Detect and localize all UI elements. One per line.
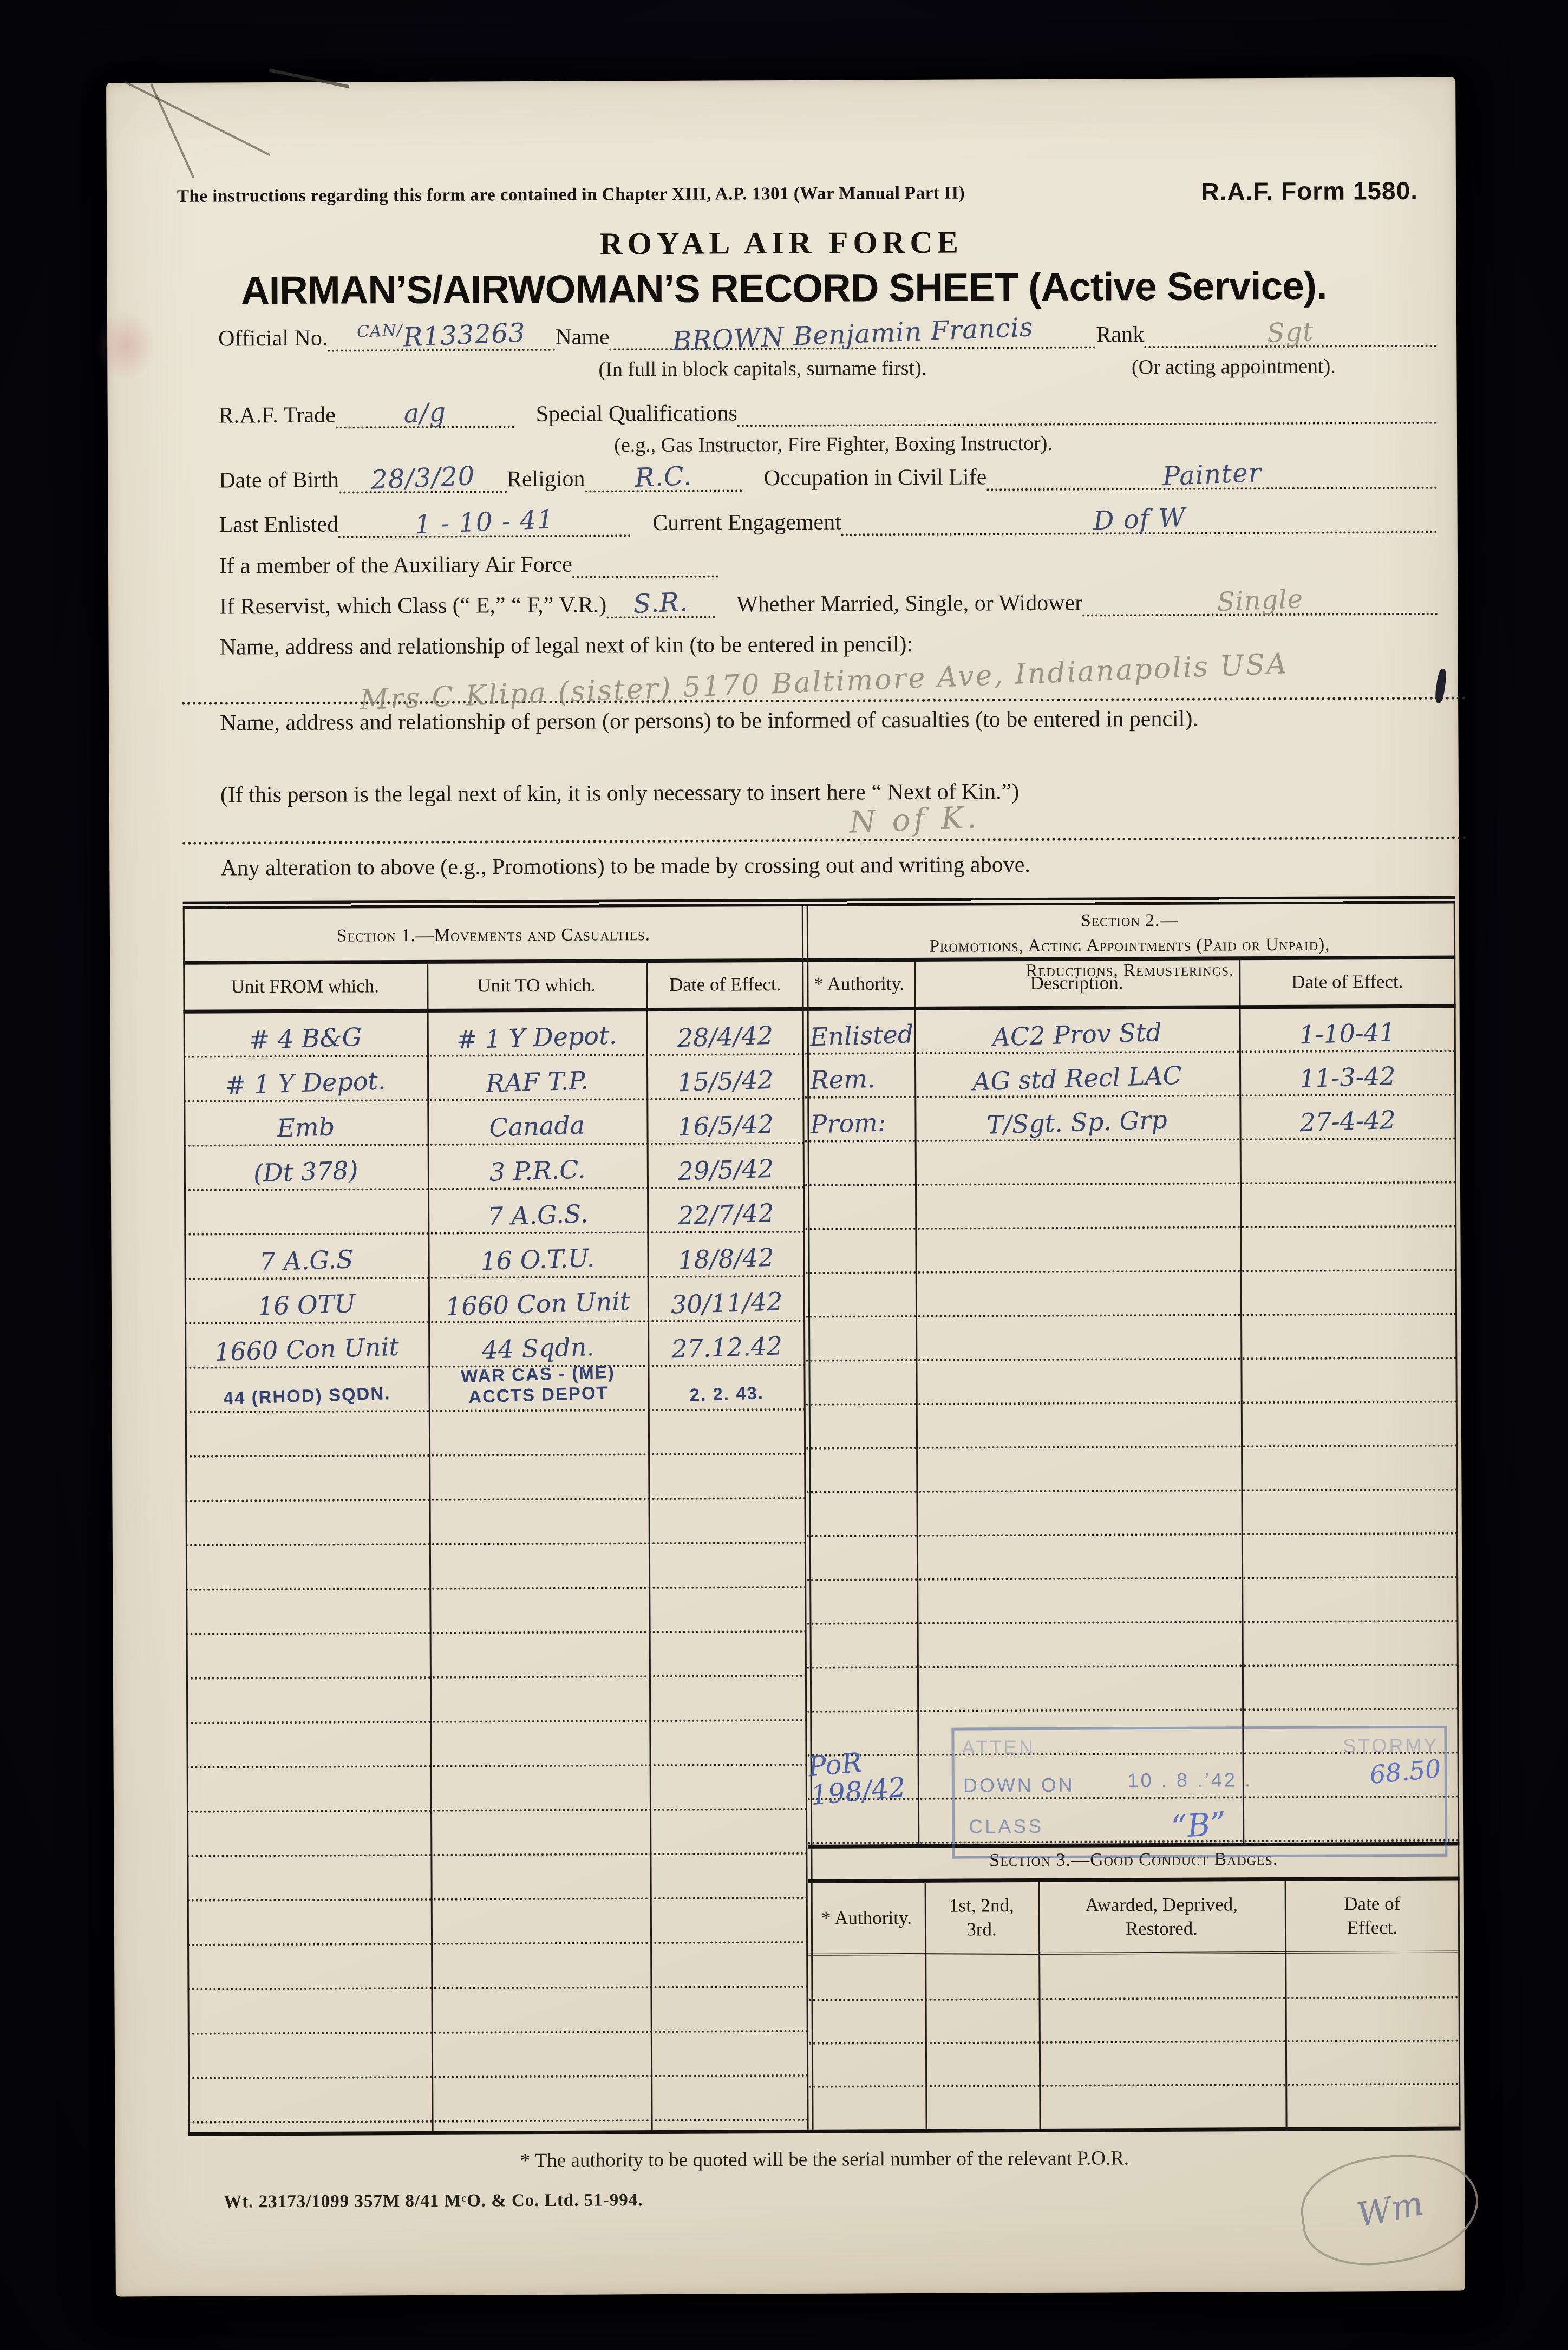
table-row [186, 1677, 807, 1724]
cell-unit-to [430, 1839, 650, 1854]
table-row [807, 1578, 1458, 1625]
form-number: R.A.F. Form 1580. [1201, 178, 1418, 204]
cell-description [915, 1168, 1240, 1184]
cell-unit-from [187, 1884, 431, 1899]
col-header-authority: * Authority. [804, 961, 914, 1007]
cell-authority [806, 1257, 916, 1272]
cell-description [917, 1607, 1242, 1622]
trade-handwriting: a/g [403, 399, 447, 427]
cell-description [916, 1256, 1240, 1271]
cell-description [917, 1650, 1242, 1666]
casualties-paragraph: Name, address and relationship of person… [220, 701, 1465, 741]
handwritten-entry: 7 A.G.S. [487, 1202, 588, 1229]
cell-unit-to: 44 Sqdn. [428, 1336, 648, 1365]
stamp-faint-text: STORMY [1343, 1736, 1439, 1756]
cell-authority [805, 1213, 915, 1228]
cell-date [651, 2060, 809, 2075]
cell-date [649, 1572, 807, 1587]
cell-unit-to: 16 O.T.U. [428, 1248, 647, 1276]
handwritten-entry: 11-3-42 [1299, 1065, 1396, 1091]
spacer [718, 547, 1438, 578]
handwritten-entry: 18/8/42 [678, 1246, 775, 1272]
col-header-description: Description. [914, 959, 1239, 1007]
cell-unit-from [187, 1840, 430, 1855]
stamp-class-value: “B” [1170, 1807, 1227, 1843]
table-row [187, 1943, 808, 1990]
handwritten-entry: 1-10-41 [1299, 1021, 1396, 1047]
cell-unit-from [187, 1796, 430, 1811]
stamp-down-on-label: DOWN ON [963, 1775, 1075, 1796]
cell-unit-from [185, 1440, 429, 1455]
cell-date [1242, 1518, 1458, 1533]
handwritten-entry: 7 A.G.S [259, 1248, 353, 1275]
table-row: # 1 Y Depot.RAF T.P.15/5/42 [184, 1055, 805, 1102]
cell-date [1240, 1211, 1456, 1226]
handwritten-entry: 15/5/42 [677, 1068, 774, 1095]
cell-unit-to [432, 2016, 651, 2032]
table-row [188, 2032, 809, 2079]
print-imprint: Wt. 23173/1099 357M 8/41 MᶜO. & Co. Ltd.… [224, 2191, 643, 2211]
cell-date: 1-10-41 [1239, 1022, 1456, 1050]
handwritten-entry: Rem. [810, 1067, 876, 1093]
table-row [807, 1535, 1458, 1581]
cell-date [650, 1972, 808, 1986]
cell-unit-to [432, 2105, 651, 2120]
screenshot-root: { "header": { "instructions": "The instr… [0, 0, 1568, 2350]
married-field: Single [1082, 586, 1438, 617]
spacer [742, 465, 763, 492]
col-header-unit-to: Unit TO which. [427, 962, 646, 1009]
rank-field: Sgt [1144, 318, 1436, 348]
cell-description [916, 1300, 1240, 1315]
cell-unit-from [188, 2018, 432, 2033]
cell-date [648, 1483, 806, 1498]
cell-authority: Rem. [805, 1068, 914, 1096]
table-row [806, 1271, 1457, 1318]
handwritten-entry: 30/11/42 [670, 1290, 783, 1317]
religion-label: Religion [507, 466, 585, 493]
cell-description: AG std Recl LAC [914, 1067, 1239, 1096]
instructions-note: The instructions regarding this form are… [177, 184, 965, 207]
cell-unit-to [430, 1706, 649, 1721]
nok-field: Mrs C Klipa (sister) 5170 Baltimore Ave,… [182, 650, 1466, 705]
s3-col-badge: 1st, 2nd, 3rd. [925, 1882, 1039, 1953]
por-handwriting: PoR 198/42 [807, 1745, 907, 1810]
cell-date [1240, 1299, 1457, 1314]
cell-date [651, 2016, 809, 2031]
rank-handwriting: Sgt [1266, 318, 1314, 346]
official-no-handwriting: CAN/R133263 [357, 320, 526, 352]
cell-unit-to [430, 1750, 650, 1765]
name-handwriting: BROWN Benjamin Francis [672, 314, 1034, 354]
handwritten-entry: # 1 Y Depot. [225, 1069, 386, 1098]
cell-unit-from: 44 (RHOD) SQDN. [185, 1385, 429, 1411]
rank-label: Rank [1096, 322, 1144, 349]
cell-date [1241, 1387, 1458, 1402]
cell-description: AC2 Prov Std [914, 1023, 1239, 1052]
field-line-enlisted: Last Enlisted 1 - 10 - 41 Current Engage… [219, 501, 1438, 539]
table-row: 7 A.G.S16 O.T.U.18/8/42 [184, 1233, 805, 1280]
cell-date: 16/5/42 [646, 1114, 805, 1143]
handwritten-entry: 44 Sqdn. [481, 1335, 594, 1362]
stamp-date-value: 10 . 8 .’42 . [1128, 1770, 1252, 1790]
authority-footnote: * The authority to be quoted will be the… [188, 2147, 1461, 2172]
engagement-handwriting: D of W [1093, 505, 1186, 534]
cell-unit-from [187, 1929, 431, 1944]
stamp-corner-handwriting: 68.50 [1369, 1755, 1442, 1788]
handwritten-entry: 1660 Con Unit [214, 1335, 399, 1365]
casualties-handwriting: N of K. [849, 802, 981, 838]
handwritten-entry: Prom: [810, 1111, 886, 1137]
cell-unit-from [186, 1574, 429, 1589]
cell-date: 22/7/42 [647, 1203, 805, 1231]
cell-date [1242, 1606, 1458, 1621]
cell-date [651, 2105, 809, 2119]
table-row [186, 1588, 807, 1635]
rank-note: (Or acting appointment). [1028, 355, 1439, 380]
handwritten-entry: AG std Recl LAC [972, 1064, 1182, 1094]
dob-label: Date of Birth [219, 467, 339, 494]
squal-label: Special Qualifications [536, 401, 737, 428]
occupation-field: Painter [986, 460, 1437, 491]
table-row [809, 1996, 1459, 2045]
reservist-label: If Reservist, which Class (“ E,” “ F,” V… [219, 592, 606, 620]
table-row [806, 1315, 1457, 1362]
handwritten-entry: Emb [277, 1115, 335, 1141]
cell-date: 29/5/42 [647, 1158, 805, 1187]
cell-date: 11-3-42 [1239, 1066, 1456, 1094]
cell-unit-to: 1660 Con Unit [428, 1292, 648, 1321]
aux-label: If a member of the Auxiliary Air Force [219, 552, 572, 580]
s3-col-awarded: Awarded, Deprived, Restored. [1038, 1881, 1285, 1953]
table-row: 7 A.G.S.22/7/42 [184, 1189, 805, 1236]
cell-date: 2. 2. 43. [648, 1383, 806, 1409]
table-row: # 4 B&G# 1 Y Depot.28/4/42 [184, 1011, 805, 1058]
cell-date [1242, 1562, 1458, 1577]
trade-field: a/g [336, 399, 514, 428]
cell-date [1242, 1650, 1459, 1665]
cell-unit-to [431, 1972, 650, 1987]
cell-authority [805, 1170, 915, 1184]
cell-unit-from [188, 2106, 432, 2121]
table-row [808, 1953, 1458, 2001]
engagement-field: D of W [841, 504, 1438, 536]
cell-unit-from [188, 2062, 432, 2077]
cell-description [916, 1343, 1240, 1359]
cell-unit-to: 3 P.R.C. [428, 1159, 647, 1187]
cell-date [648, 1439, 806, 1453]
table-row [188, 2077, 809, 2124]
handwritten-entry: 1660 Con Unit [446, 1290, 631, 1319]
cell-date [650, 1838, 808, 1853]
cell-date [649, 1661, 807, 1675]
cell-description [917, 1694, 1242, 1710]
table-row [806, 1403, 1458, 1450]
cell-date [649, 1616, 807, 1631]
cell-date [1240, 1167, 1456, 1183]
cell-unit-from: # 4 B&G [184, 1027, 427, 1056]
cell-unit-from [186, 1618, 429, 1633]
cell-unit-to [432, 2061, 651, 2076]
cell-unit-to: 7 A.G.S. [428, 1203, 647, 1232]
table-row [806, 1491, 1458, 1537]
cell-authority [806, 1301, 916, 1316]
cell-date [650, 1927, 808, 1942]
cell-authority [807, 1520, 917, 1535]
record-table: Section 1.—Movements and Casualties. Sec… [183, 896, 1461, 2136]
s3-col-authority: * Authority. [808, 1883, 925, 1954]
official-no-field: CAN/R133263 [328, 322, 555, 352]
casualties-field: N of K. [182, 790, 1467, 845]
cell-authority [806, 1433, 916, 1447]
reservist-field: S.R. [606, 589, 715, 619]
handwritten-entry: 22/7/42 [678, 1202, 775, 1228]
cell-date: 18/8/42 [647, 1247, 805, 1276]
pencil-scratch [125, 81, 271, 156]
handwritten-entry: 16 O.T.U. [480, 1246, 595, 1274]
handwritten-entry: WAR CAS - (ME) ACCTS DEPOT [461, 1362, 616, 1408]
reservist-handwriting: S.R. [632, 589, 689, 617]
field-line-birth: Date of Birth 28/3/20 Religion R.C. Occu… [219, 456, 1437, 494]
page-title: AIRMAN’S/AIRWOMAN’S RECORD SHEET (Active… [96, 265, 1472, 311]
cell-date [1241, 1431, 1458, 1446]
cell-date [649, 1705, 807, 1720]
handwritten-entry: 28/4/42 [677, 1024, 774, 1050]
cell-authority [806, 1345, 916, 1360]
cell-unit-to: Canada [427, 1114, 646, 1143]
handwritten-entry: Canada [489, 1114, 585, 1140]
table-row: Prom:T/Sgt. Sp. Grp27-4-42 [805, 1096, 1456, 1143]
form-sheet: The instructions regarding this form are… [106, 77, 1465, 2297]
pencil-scratch [151, 83, 195, 178]
stamp-faint-text: ATTEN [962, 1738, 1035, 1758]
married-label: Whether Married, Single, or Widower [736, 590, 1082, 618]
handwritten-entry: # 4 B&G [249, 1026, 362, 1053]
name-note: (In full in block capitals, surname firs… [557, 357, 968, 382]
cell-date: 27-4-42 [1239, 1109, 1456, 1138]
official-no-label: Official No. [218, 325, 328, 352]
cell-date [650, 1794, 808, 1809]
cell-unit-to [429, 1528, 649, 1543]
cell-unit-to [429, 1439, 648, 1454]
table-row: 44 (RHOD) SQDN.WAR CAS - (ME) ACCTS DEPO… [185, 1366, 806, 1413]
table-row [187, 1899, 808, 1946]
table-row [807, 1622, 1459, 1669]
handwritten-entry: 16/5/42 [677, 1113, 774, 1139]
col-header-unit-from: Unit FROM which. [183, 963, 427, 1010]
cell-unit-from [186, 1662, 430, 1677]
table-row [805, 1184, 1456, 1230]
table-row: (Dt 378)3 P.R.C.29/5/42 [184, 1144, 805, 1191]
cell-unit-to: RAF T.P. [427, 1070, 646, 1099]
field-line-auxiliary: If a member of the Auxiliary Air Force [219, 542, 1438, 580]
cell-unit-to: # 1 Y Depot. [427, 1026, 646, 1054]
cell-authority [806, 1389, 916, 1404]
cell-date [649, 1528, 807, 1542]
handwritten-entry: # 1 Y Depot. [456, 1024, 617, 1053]
table-row: EnlistedAC2 Prov Std1-10-41 [805, 1008, 1456, 1055]
cell-description [916, 1475, 1241, 1491]
alteration-note: Any alteration to above (e.g., Promotion… [220, 846, 1466, 886]
cell-date [1240, 1343, 1457, 1358]
cell-date: 27.12.42 [648, 1336, 806, 1365]
spacer [514, 401, 536, 428]
handwritten-entry: 3 P.R.C. [489, 1158, 586, 1185]
cell-authority [807, 1564, 917, 1579]
cell-unit-to [429, 1484, 648, 1499]
cell-description [915, 1212, 1240, 1228]
engagement-label: Current Engagement [652, 510, 841, 537]
cell-authority [807, 1608, 917, 1623]
cell-unit-from: 16 OTU [185, 1293, 428, 1322]
org-title: ROYAL AIR FORCE [107, 225, 1456, 262]
cell-date [650, 1750, 808, 1764]
cell-date: 30/11/42 [648, 1291, 806, 1320]
cell-unit-to [429, 1617, 649, 1632]
initials-handwriting: Wm [1354, 2186, 1426, 2232]
table-row [806, 1447, 1458, 1493]
stamp-class-label: CLASS [969, 1817, 1043, 1837]
cell-unit-from [187, 1751, 430, 1766]
table-row: 16 OTU1660 Con Unit30/11/42 [185, 1277, 806, 1324]
handwritten-entry: RAF T.P. [485, 1069, 588, 1095]
cell-description [917, 1519, 1242, 1535]
table-row [187, 1988, 808, 2035]
cell-authority [808, 1827, 918, 1842]
cell-authority [807, 1652, 917, 1667]
col-header-date1: Date of Effect. [646, 962, 804, 1008]
col-header-date2: Date of Effect. [1239, 959, 1455, 1006]
ink-smudge [96, 310, 156, 381]
cell-authority [807, 1696, 917, 1711]
handwritten-entry: 44 (RHOD) SQDN. [223, 1383, 391, 1408]
handwritten-entry: 27.12.42 [671, 1335, 782, 1362]
cell-unit-from [185, 1485, 429, 1500]
occupation-handwriting: Painter [1162, 460, 1262, 489]
cell-date [1240, 1255, 1457, 1270]
cell-authority: Prom: [805, 1112, 914, 1140]
enlisted-field: 1 - 10 - 41 [338, 507, 631, 538]
trade-label: R.A.F. Trade [219, 402, 336, 429]
cell-description [917, 1563, 1242, 1578]
cell-unit-to [430, 1794, 650, 1810]
table-row [186, 1544, 807, 1591]
section3: Section 3.—Good Conduct Badges. * Author… [808, 1842, 1460, 2133]
cell-date [1241, 1474, 1458, 1490]
cell-date: 28/4/42 [646, 1025, 805, 1054]
table-row [187, 1855, 808, 1902]
table-row [185, 1411, 806, 1458]
cell-date [650, 1883, 808, 1897]
table-row [186, 1633, 807, 1680]
married-handwriting: Single [1216, 586, 1303, 615]
cell-description [916, 1431, 1241, 1447]
squal-field [737, 395, 1437, 427]
cell-unit-from: (Dt 378) [184, 1160, 428, 1189]
table-row [187, 1810, 808, 1857]
handwritten-entry: AC2 Prov Std [992, 1021, 1162, 1049]
handwritten-entry: Enlisted [809, 1023, 914, 1050]
cell-authority [806, 1477, 916, 1491]
name-label: Name [555, 324, 610, 351]
cell-date: 15/5/42 [646, 1069, 805, 1098]
cell-description [916, 1387, 1241, 1403]
table-row: 1660 Con Unit44 Sqdn.27.12.42 [185, 1322, 806, 1369]
squal-note: (e.g., Gas Instructor, Fire Fighter, Box… [563, 432, 1104, 458]
cell-unit-from [187, 1973, 431, 1988]
handwritten-entry: T/Sgt. Sp. Grp [986, 1108, 1167, 1138]
field-line-trade: R.A.F. Trade a/g Special Qualifications [219, 391, 1437, 429]
cell-authority: Enlisted [805, 1024, 914, 1053]
cell-unit-from: # 1 Y Depot. [184, 1071, 427, 1100]
section1-title: Section 1.—Movements and Casualties. [183, 922, 804, 949]
religion-handwriting: R.C. [635, 463, 692, 491]
table-row [186, 1499, 807, 1546]
table-row [185, 1455, 806, 1502]
handwritten-entry: 27-4-42 [1299, 1108, 1396, 1135]
cell-unit-to: WAR CAS - (ME) ACCTS DEPOT [428, 1363, 648, 1410]
dob-field: 28/3/20 [339, 464, 507, 493]
handwritten-entry: 2. 2. 43. [689, 1382, 764, 1405]
dob-handwriting: 28/3/20 [370, 463, 475, 493]
cell-unit-from: 1660 Con Unit [185, 1337, 428, 1367]
cell-unit-to [430, 1661, 649, 1676]
field-line-official: Official No. CAN/R133263 Name BROWN Benj… [218, 315, 1436, 352]
rubber-stamp: ATTEN STORMY DOWN ON 10 . 8 .’42 . CLASS… [951, 1726, 1447, 1859]
table-row: Rem.AG std Recl LAC11-3-42 [805, 1052, 1456, 1099]
cell-unit-from: Emb [184, 1115, 427, 1145]
field-line-reservist: If Reservist, which Class (“ E,” “ F,” V… [219, 583, 1438, 621]
cell-unit-to [431, 1928, 650, 1943]
cell-unit-from: 7 A.G.S [184, 1249, 428, 1278]
table-row [809, 2040, 1459, 2088]
cell-date [1242, 1694, 1459, 1709]
handwritten-entry: 16 OTU [257, 1292, 356, 1318]
cell-unit-to [431, 1883, 650, 1898]
pencil-scratch [269, 69, 349, 88]
table-row [186, 1721, 807, 1768]
table-row [806, 1359, 1457, 1406]
name-field: BROWN Benjamin Francis [609, 319, 1096, 350]
cell-description: T/Sgt. Sp. Grp [914, 1111, 1239, 1140]
table-row [807, 1666, 1459, 1713]
cell-unit-from [186, 1529, 429, 1544]
s3-col-date: Date of Effect. [1285, 1881, 1460, 1951]
handwritten-entry: (Dt 378) [253, 1159, 358, 1186]
table-row [187, 1766, 808, 1813]
right-body: EnlistedAC2 Prov Std1-10-41Rem.AG std Re… [805, 1008, 1460, 1845]
cell-unit-from [186, 1707, 430, 1722]
handwritten-entry: 29/5/42 [678, 1157, 775, 1184]
table-row: EmbCanada16/5/42 [184, 1100, 805, 1147]
enlisted-label: Last Enlisted [219, 512, 339, 538]
cell-unit-to [429, 1572, 649, 1588]
occupation-label: Occupation in Civil Life [763, 465, 986, 492]
cell-unit-from [184, 1218, 428, 1233]
religion-field: R.C. [585, 462, 742, 492]
table-row [805, 1140, 1456, 1186]
spacer [715, 591, 736, 618]
aux-field [572, 549, 718, 578]
spacer [631, 510, 652, 537]
table-row [805, 1228, 1456, 1274]
left-body: # 4 B&G# 1 Y Depot.28/4/42# 1 Y Depot.RA… [184, 1011, 809, 2132]
enlisted-handwriting: 1 - 10 - 41 [415, 506, 555, 538]
